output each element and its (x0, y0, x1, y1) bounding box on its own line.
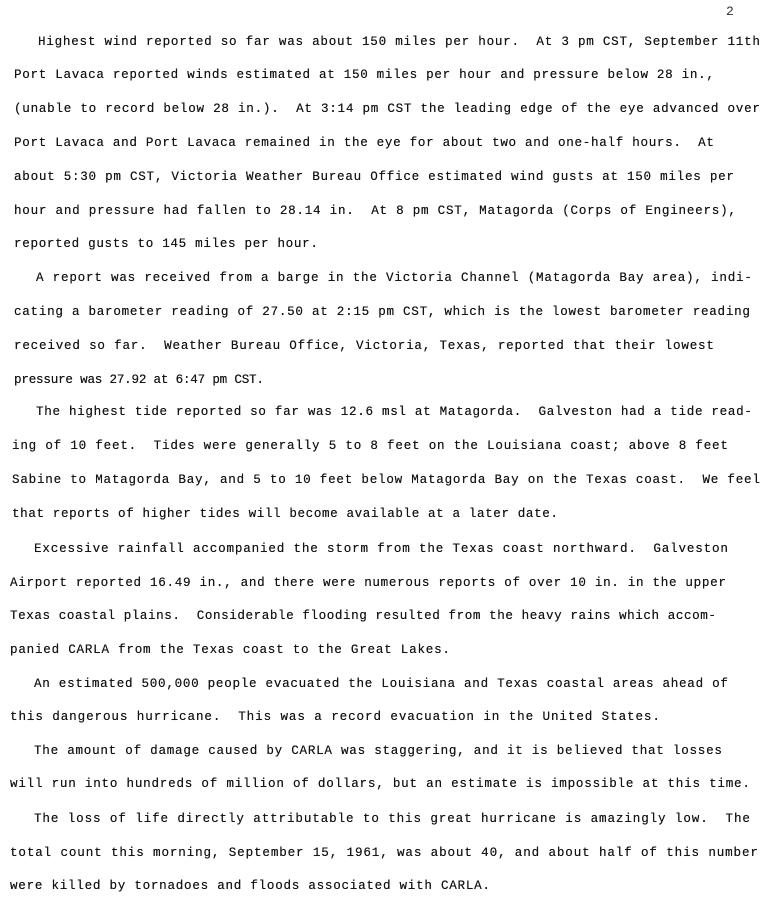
text-line: Port Lavaca and Port Lavaca remained in … (14, 135, 715, 151)
text-line: were killed by tornadoes and floods asso… (10, 878, 491, 894)
text-line: The loss of life directly attributable t… (34, 811, 751, 827)
text-line: total count this morning, September 15, … (10, 845, 759, 861)
text-line: Excessive rainfall accompanied the storm… (34, 541, 729, 557)
text-line: hour and pressure had fallen to 28.14 in… (14, 203, 737, 219)
text-line: (unable to record below 28 in.). At 3:14… (14, 101, 761, 117)
text-line: panied CARLA from the Texas coast to the… (10, 642, 451, 658)
text-line: Highest wind reported so far was about 1… (38, 34, 761, 50)
text-line: received so far. Weather Bureau Office, … (14, 338, 715, 354)
text-line: The highest tide reported so far was 12.… (36, 404, 753, 420)
text-line: cating a barometer reading of 27.50 at 2… (14, 304, 751, 320)
text-line: Airport reported 16.49 in., and there we… (10, 575, 727, 591)
text-line: that reports of higher tides will become… (12, 506, 559, 522)
page-number: 2 (726, 4, 734, 19)
text-line: pressure was 27.92 at 6:47 pm CST. (14, 372, 264, 388)
text-line: Texas coastal plains. Considerable flood… (10, 608, 717, 624)
text-line: A report was received from a barge in th… (36, 270, 753, 286)
text-line: Port Lavaca reported winds estimated at … (14, 67, 715, 83)
text-line: An estimated 500,000 people evacuated th… (34, 676, 729, 692)
text-line: ing of 10 feet. Tides were generally 5 t… (12, 438, 729, 454)
document-page: 2 Highest wind reported so far was about… (0, 0, 768, 900)
text-line: reported gusts to 145 miles per hour. (14, 236, 319, 252)
text-line: Sabine to Matagorda Bay, and 5 to 10 fee… (12, 472, 761, 488)
text-line: will run into hundreds of million of dol… (10, 776, 751, 792)
text-line: The amount of damage caused by CARLA was… (34, 743, 723, 759)
text-line: about 5:30 pm CST, Victoria Weather Bure… (14, 169, 735, 185)
text-line: this dangerous hurricane. This was a rec… (10, 709, 661, 725)
